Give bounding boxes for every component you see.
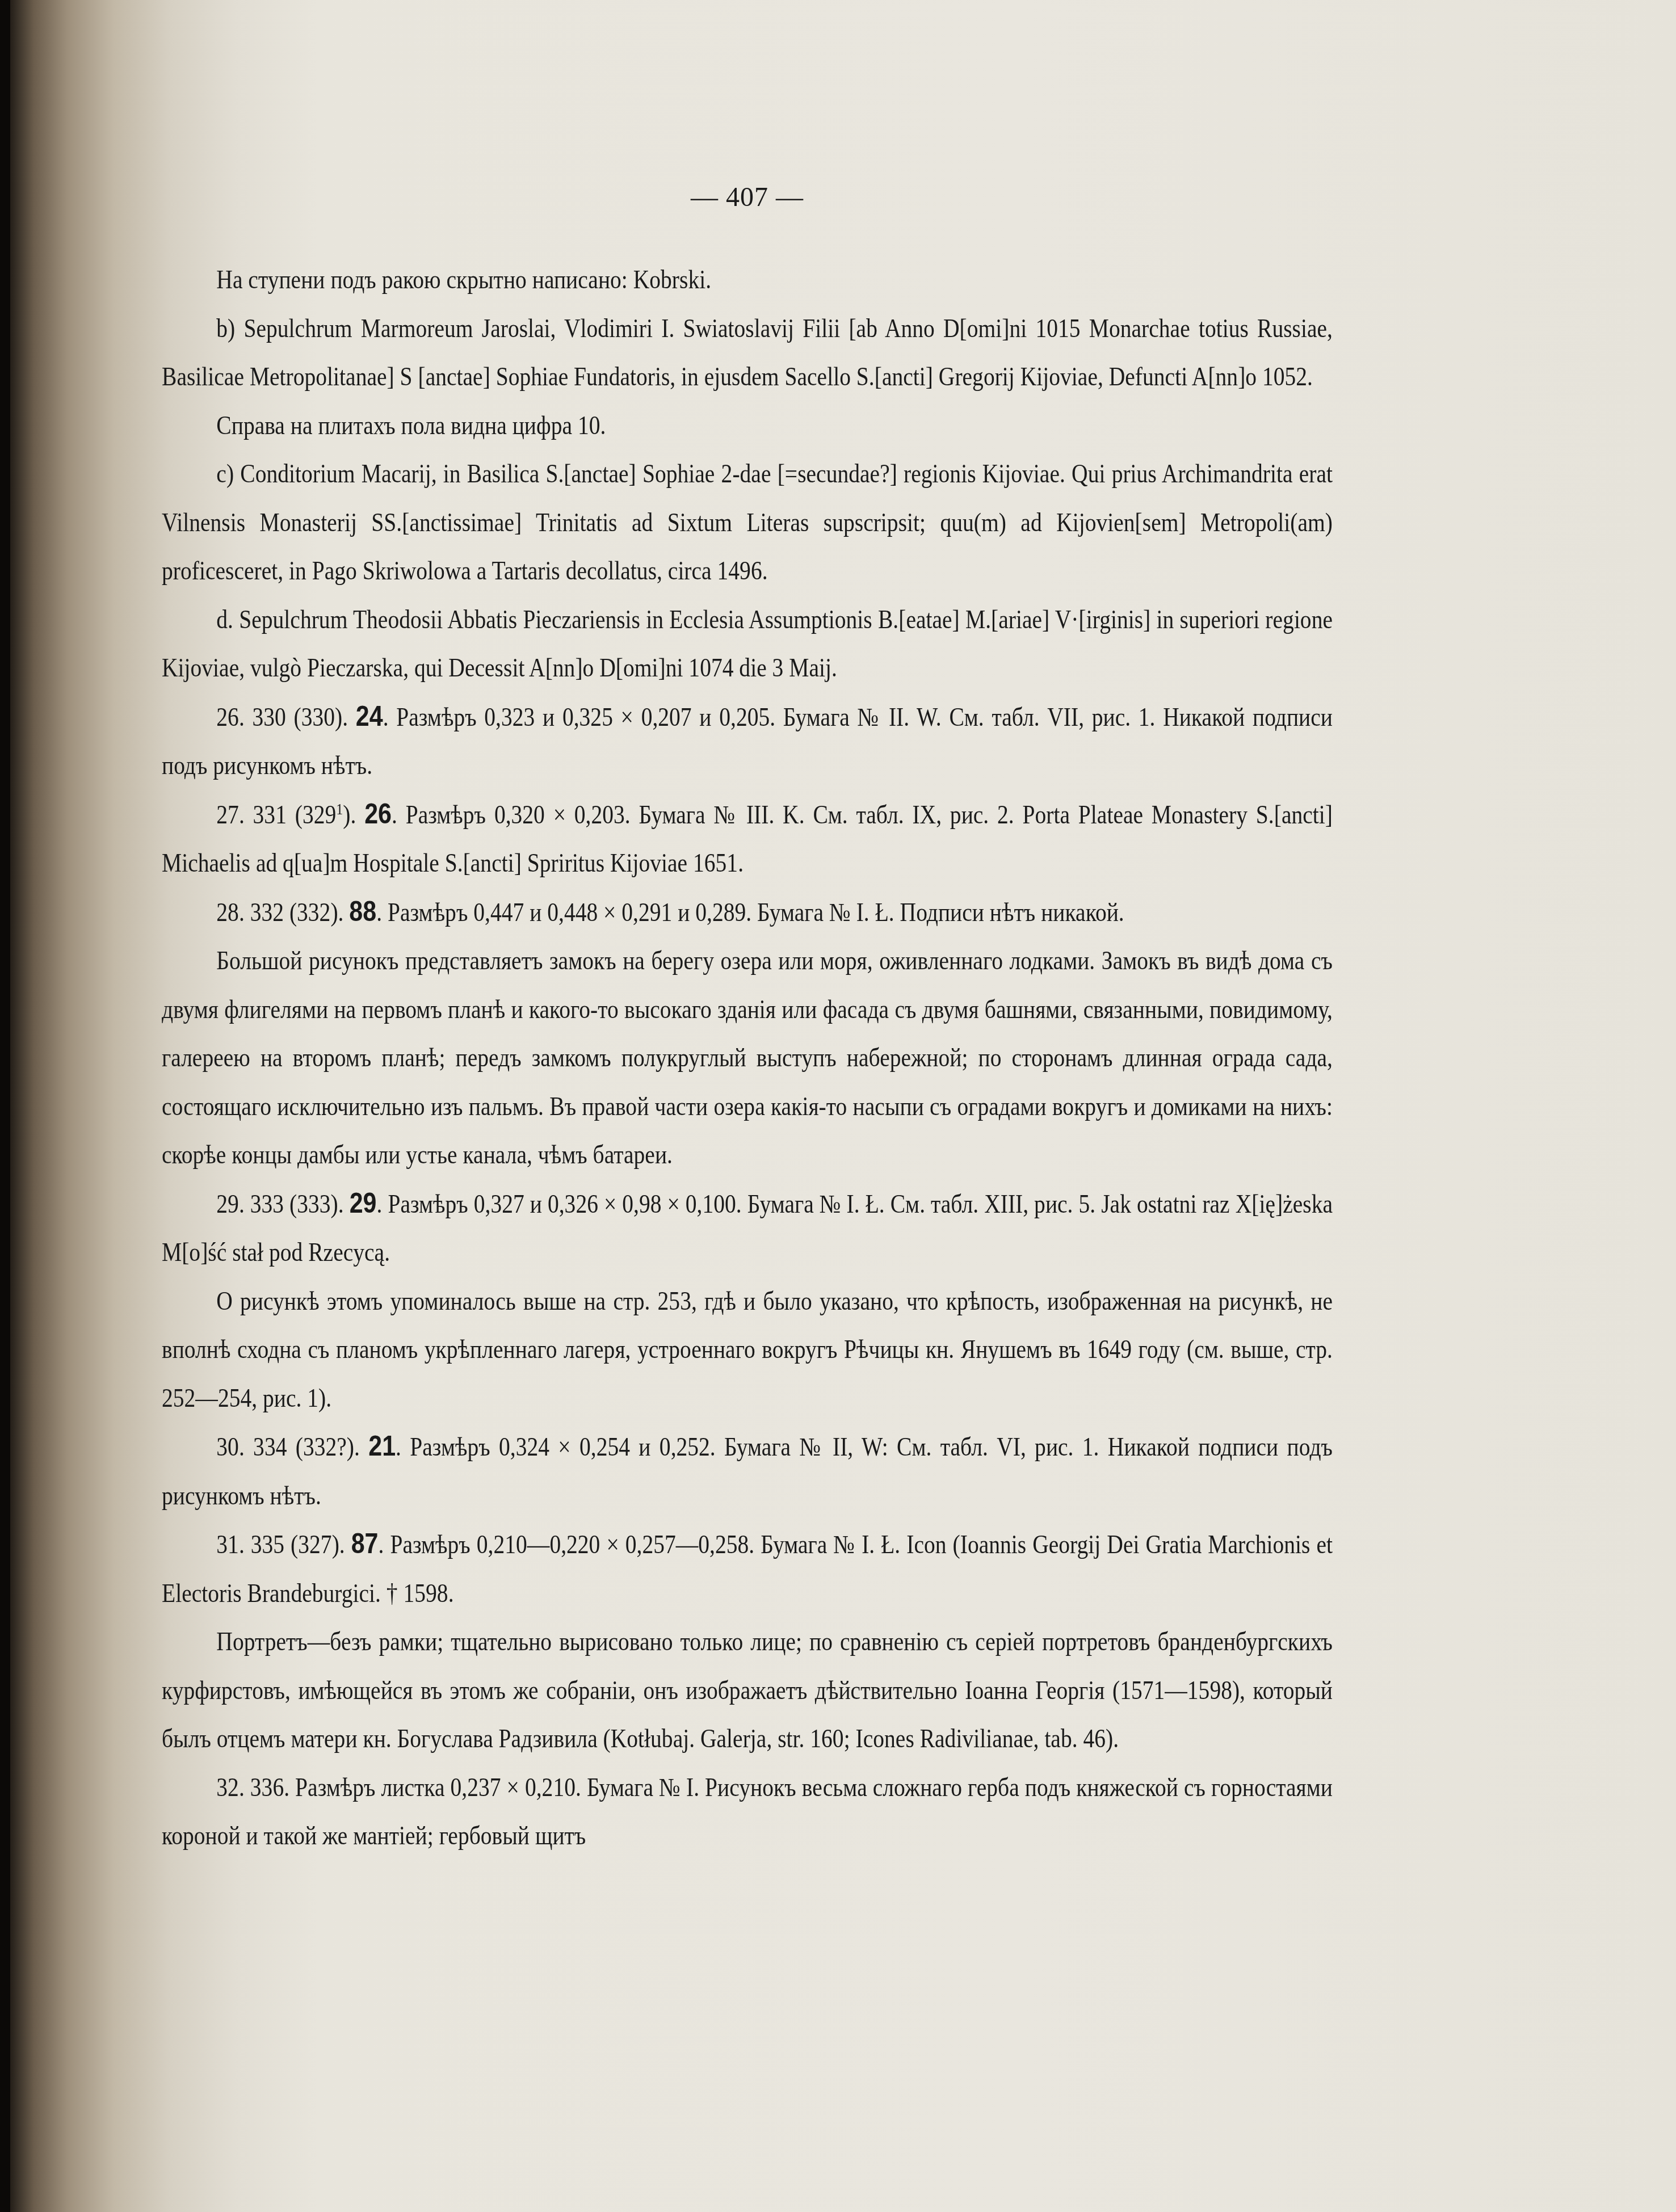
catalog-entry-29: 29. 333 (333). 29. Размѣръ 0,327 и 0,326… [162, 1179, 1333, 1277]
figure-number: 29 [350, 1187, 377, 1219]
entry-number: 26. 330 (330). [216, 703, 348, 731]
paragraph-portrait-description: Портретъ—безъ рамки; тщательно вырисован… [162, 1617, 1333, 1763]
body-text: На ступени подъ ракою скрытно написано: … [162, 255, 1333, 1860]
paragraph-floor-number: Справа на плитахъ пола видна цифра 10. [162, 401, 1333, 450]
binding-gutter-shadow [0, 0, 10, 2212]
entry-number: 30. 334 (332?). [216, 1432, 360, 1461]
catalog-entry-27: 27. 331 (3291). 26. Размѣръ 0,320 × 0,20… [162, 790, 1333, 888]
paragraph-fortress-note: О рисункѣ этомъ упоминалось выше на стр.… [162, 1277, 1333, 1423]
paragraph-castle-description: Большой рисунокъ представляетъ замокъ на… [162, 936, 1333, 1179]
entry-number: 29. 333 (333). [216, 1189, 343, 1218]
entry-number: 27. 331 (329 [216, 800, 336, 829]
entry-number: 28. 332 (332). [216, 898, 343, 927]
paragraph-kobrski-inscription: На ступени подъ ракою скрытно написано: … [162, 255, 1333, 304]
entry-number-tail: ). [343, 800, 356, 829]
footnote-marker: 1 [336, 800, 343, 818]
figure-number: 26 [364, 798, 392, 830]
figure-number: 24 [356, 700, 383, 732]
figure-number: 21 [368, 1430, 396, 1462]
figure-number: 88 [349, 895, 376, 927]
catalog-entry-26: 26. 330 (330). 24. Размѣръ 0,323 и 0,325… [162, 692, 1333, 790]
entry-description: . Размѣръ 0,447 и 0,448 × 0,291 и 0,289.… [376, 898, 1124, 927]
catalog-entry-31: 31. 335 (327). 87. Размѣръ 0,210—0,220 ×… [162, 1520, 1333, 1617]
entry-number: 31. 335 (327). [216, 1530, 345, 1559]
figure-number: 87 [351, 1528, 379, 1559]
paragraph-conditorium-macarij: c) Conditorium Macarij, in Basilica S.[a… [162, 449, 1333, 595]
page-number: — 407 — [162, 182, 1333, 213]
catalog-entry-32: 32. 336. Размѣръ листка 0,237 × 0,210. Б… [162, 1763, 1333, 1860]
paragraph-sepulchrum-theodosii: d. Sepulchrum Theodosii Abbatis Pieczari… [162, 595, 1333, 692]
paragraph-sepulchrum-jaroslai: b) Sepulchrum Marmoreum Jaroslai, Vlodim… [162, 304, 1333, 401]
catalog-entry-28: 28. 332 (332). 88. Размѣръ 0,447 и 0,448… [162, 888, 1333, 937]
book-page: — 407 — На ступени подъ ракою скрытно на… [0, 0, 1676, 2212]
catalog-entry-30: 30. 334 (332?). 21. Размѣръ 0,324 × 0,25… [162, 1422, 1333, 1520]
